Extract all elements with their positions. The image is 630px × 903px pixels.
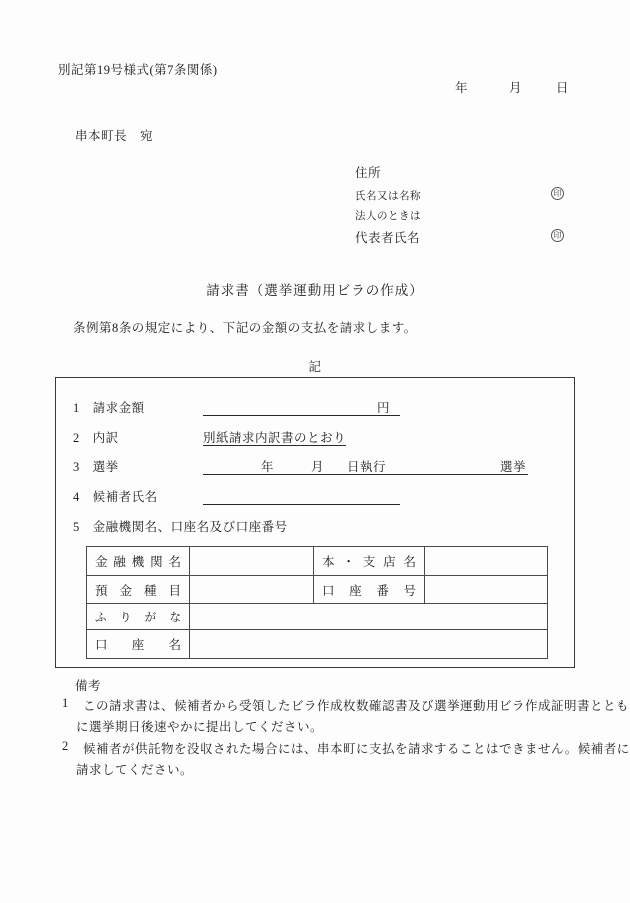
note-number: 1 xyxy=(62,696,69,711)
yen-unit-label: 円 xyxy=(377,401,390,415)
item-breakdown: 2 内訳 別紙請求内訳書のとおり xyxy=(73,428,564,448)
item-label: 選挙 xyxy=(93,460,119,474)
item-number: 5 xyxy=(73,520,89,535)
bank-name-label: 金 融 機 関 名 xyxy=(87,547,190,576)
bank-account-table: 金 融 機 関 名 本 ・ 支 店 名 預 金 種 目 口 座 番 号 ふ り … xyxy=(86,546,548,659)
election-suffix-label: 選挙 xyxy=(500,457,526,475)
form-number: 別記第19号様式(第7条関係) xyxy=(58,60,218,78)
item-number: 1 xyxy=(73,401,89,416)
date-day-label: 日 xyxy=(556,78,569,96)
furigana-label: ふ り が な xyxy=(87,604,190,630)
table-row: 金 融 機 関 名 本 ・ 支 店 名 xyxy=(87,547,548,576)
deposit-type-label: 預 金 種 目 xyxy=(87,576,190,604)
election-blank-field[interactable]: 年 月 日執行 選挙 xyxy=(203,457,528,475)
account-number-field[interactable] xyxy=(425,576,548,604)
item-bank-info: 5 金融機関名、口座名及び口座番号 xyxy=(73,517,564,537)
note-number: 2 xyxy=(62,739,69,754)
item-label: 請求金額 xyxy=(93,401,145,415)
seal-icon: 印 xyxy=(551,187,564,200)
note-text: に選挙期日後速やかに提出してください。 xyxy=(76,717,323,735)
election-year-label: 年 xyxy=(261,457,274,475)
table-row: 口 座 名 xyxy=(87,630,548,659)
bank-name-field[interactable] xyxy=(190,547,314,576)
election-day-exec-label: 日執行 xyxy=(347,457,386,475)
item-label: 内訳 xyxy=(93,431,119,445)
item-number: 3 xyxy=(73,460,89,475)
account-name-label: 口 座 名 xyxy=(87,630,190,659)
ki-heading: 記 xyxy=(0,357,630,375)
body-sentence: 条例第8条の規定により、下記の金額の支払を請求します。 xyxy=(73,318,417,336)
date-month-label: 月 xyxy=(509,78,522,96)
note-text: 候補者が供託物を没収された場合には、串本町に支払を請求することはできません。候補… xyxy=(83,739,630,757)
name-label: 氏名又は名称 xyxy=(355,188,421,203)
document-page: 別記第19号様式(第7条関係) 年 月 日 串本町長 宛 住所 氏名又は名称 印… xyxy=(0,0,630,903)
corporation-note: 法人のときは xyxy=(355,208,421,223)
item-election: 3 選挙 年 月 日執行 選挙 xyxy=(73,457,564,477)
remarks-heading: 備考 xyxy=(75,676,101,694)
breakdown-value: 別紙請求内訳書のとおり xyxy=(203,428,346,446)
document-title: 請求書（選挙運動用ビラの作成） xyxy=(0,279,630,299)
amount-blank-field[interactable]: 円 xyxy=(203,398,400,416)
deposit-type-field[interactable] xyxy=(190,576,314,604)
table-row: 預 金 種 目 口 座 番 号 xyxy=(87,576,548,604)
branch-name-field[interactable] xyxy=(425,547,548,576)
furigana-field[interactable] xyxy=(190,604,548,630)
addressee: 串本町長 宛 xyxy=(75,126,153,144)
branch-name-label: 本 ・ 支 店 名 xyxy=(314,547,425,576)
representative-label: 代表者氏名 xyxy=(355,228,420,246)
date-line: 年 月 日 xyxy=(455,78,569,96)
item-amount: 1 請求金額 円 xyxy=(73,398,564,418)
item-number: 2 xyxy=(73,431,89,446)
account-number-label: 口 座 番 号 xyxy=(314,576,425,604)
item-number: 4 xyxy=(73,490,89,505)
account-name-field[interactable] xyxy=(190,630,548,659)
candidate-name-blank-field[interactable] xyxy=(203,487,400,505)
seal-icon: 印 xyxy=(551,229,564,242)
request-detail-box: 1 請求金額 円 2 内訳 別紙請求内訳書のとおり 3 選挙 年 月 日執行 選… xyxy=(55,377,575,668)
address-label: 住所 xyxy=(355,163,381,181)
date-year-label: 年 xyxy=(455,78,468,96)
item-candidate: 4 候補者氏名 xyxy=(73,487,564,507)
note-text: この請求書は、候補者から受領したビラ作成枚数確認書及び選挙運動用ビラ作成証明書と… xyxy=(83,696,629,714)
item-label: 候補者氏名 xyxy=(93,490,158,504)
table-row: ふ り が な xyxy=(87,604,548,630)
election-month-label: 月 xyxy=(311,457,324,475)
note-text: 請求してください。 xyxy=(76,760,193,778)
item-label: 金融機関名、口座名及び口座番号 xyxy=(93,520,288,534)
